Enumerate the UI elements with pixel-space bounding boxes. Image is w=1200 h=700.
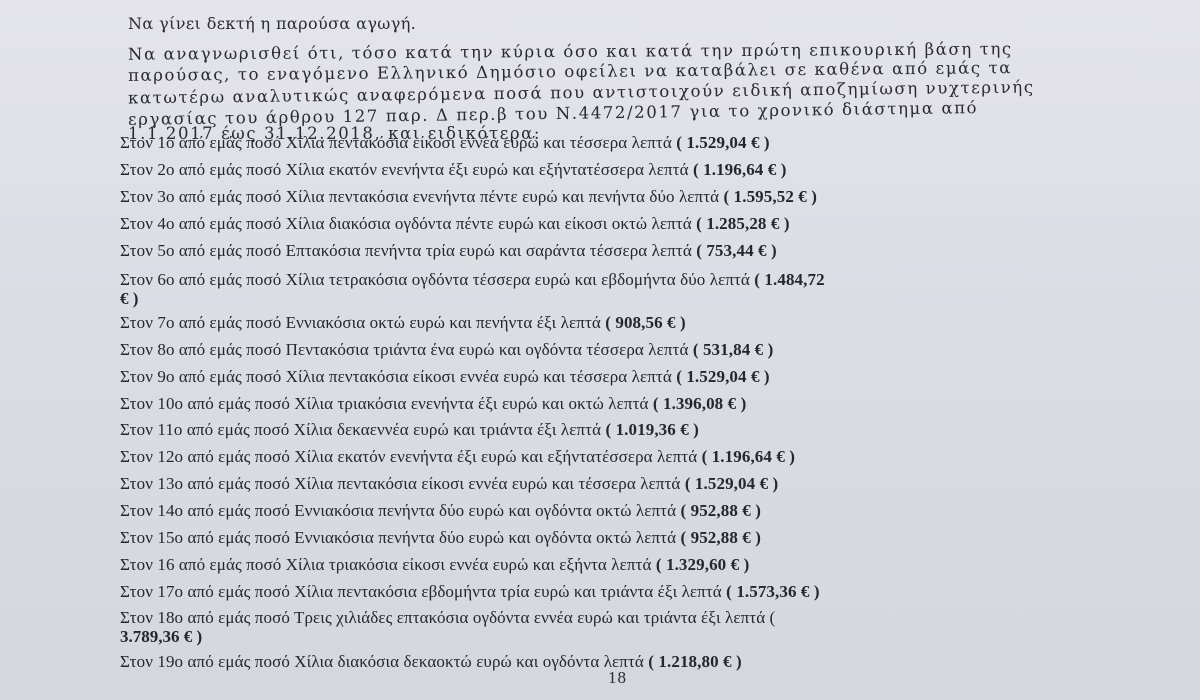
list-item: Στον 8ο από εμάς ποσό Πεντακόσια τριάντα… — [120, 340, 773, 360]
item-text: Στον 14ο από εμάς ποσό Εννιακόσια πενήντ… — [120, 501, 676, 520]
item-text: Στον 17ο από εμάς ποσό Χίλια πεντακόσια … — [120, 582, 722, 601]
item-amount: ( 1.595,52 € ) — [724, 187, 817, 206]
list-item: Στον 1ο από εμάς ποσό Χίλια πεντακόσια ε… — [120, 133, 770, 153]
item-text: Στον 7ο από εμάς ποσό Εννιακόσια οκτώ ευ… — [120, 313, 601, 332]
item-text: Στον 9ο από εμάς ποσό Χίλια πεντακόσια ε… — [120, 367, 672, 386]
list-item: Στον 7ο από εμάς ποσό Εννιακόσια οκτώ ευ… — [120, 313, 686, 333]
item-amount: ( 908,56 € ) — [605, 313, 686, 332]
opening-line: Να γίνει δεκτή η παρούσα αγωγή. — [128, 14, 416, 33]
item-amount: ( 753,44 € ) — [696, 241, 777, 260]
item-text: Στον 10ο από εμάς ποσό Χίλια τριακόσια ε… — [120, 394, 649, 413]
item-amount: ( 1.196,64 € ) — [702, 447, 795, 466]
list-item: Στον 14ο από εμάς ποσό Εννιακόσια πενήντ… — [120, 501, 761, 521]
item-text: Στον 4ο από εμάς ποσό Χίλια διακόσια ογδ… — [120, 214, 692, 233]
item-amount: ( 1.396,08 € ) — [653, 394, 746, 413]
item-amount-continued: € ) — [120, 289, 138, 309]
item-amount: ( 1.019,36 € ) — [605, 420, 698, 439]
item-text: Στον 6ο από εμάς ποσό Χίλια τετρακόσια ο… — [120, 270, 750, 289]
item-text: Στον 15ο από εμάς ποσό Εννιακόσια πενήντ… — [120, 528, 676, 547]
list-item: Στον 12ο από εμάς ποσό Χίλια εκατόν ενεν… — [120, 447, 795, 467]
list-item: Στον 10ο από εμάς ποσό Χίλια τριακόσια ε… — [120, 394, 746, 414]
list-item: Στον 16 από εμάς ποσό Χίλια τριακόσια εί… — [120, 555, 749, 575]
list-item: Στον 19ο από εμάς ποσό Χίλια διακόσια δε… — [120, 652, 742, 672]
list-item: Στον 17ο από εμάς ποσό Χίλια πεντακόσια … — [120, 582, 820, 602]
page-number: 18 — [608, 668, 627, 688]
item-amount-continued: 3.789,36 € ) — [120, 627, 202, 647]
list-item: Στον 18ο από εμάς ποσό Τρεις χιλιάδες επ… — [120, 608, 775, 628]
list-item: Στον 2ο από εμάς ποσό Χίλια εκατόν ενενή… — [120, 160, 786, 180]
item-text: Στον 12ο από εμάς ποσό Χίλια εκατόν ενεν… — [120, 447, 697, 466]
item-text: Στον 2ο από εμάς ποσό Χίλια εκατόν ενενή… — [120, 160, 689, 179]
list-item: Στον 15ο από εμάς ποσό Εννιακόσια πενήντ… — [120, 528, 761, 548]
item-text: Στον 3ο από εμάς ποσό Χίλια πεντακόσια ε… — [120, 187, 719, 206]
list-item: Στον 9ο από εμάς ποσό Χίλια πεντακόσια ε… — [120, 367, 770, 387]
item-text: Στον 11ο από εμάς ποσό Χίλια δεκαεννέα ε… — [120, 420, 601, 439]
item-text: Στον 5ο από εμάς ποσό Επτακόσια πενήντα … — [120, 241, 692, 260]
list-item: Στον 4ο από εμάς ποσό Χίλια διακόσια ογδ… — [120, 214, 790, 234]
list-item: Στον 13ο από εμάς ποσό Χίλια πεντακόσια … — [120, 474, 778, 494]
item-amount: ( 1.285,28 € ) — [696, 214, 789, 233]
item-text: Στον 18ο από εμάς ποσό Τρεις χιλιάδες επ… — [120, 608, 775, 627]
item-amount: ( 1.218,80 € ) — [648, 652, 741, 671]
item-amount: ( 952,88 € ) — [680, 528, 761, 547]
list-item: Στον 11ο από εμάς ποσό Χίλια δεκαεννέα ε… — [120, 420, 699, 440]
item-text: Στον 1ο από εμάς ποσό Χίλια πεντακόσια ε… — [120, 133, 672, 152]
item-amount: ( 952,88 € ) — [680, 501, 761, 520]
item-amount: ( 1.529,04 € ) — [676, 367, 769, 386]
item-amount: ( 1.329,60 € ) — [656, 555, 749, 574]
list-item: Στον 5ο από εμάς ποσό Επτακόσια πενήντα … — [120, 241, 777, 261]
item-amount: ( 1.573,36 € ) — [726, 582, 819, 601]
list-item: Στον 3ο από εμάς ποσό Χίλια πεντακόσια ε… — [120, 187, 817, 207]
item-amount: ( 1.529,04 € ) — [685, 474, 778, 493]
item-text: Στον 13ο από εμάς ποσό Χίλια πεντακόσια … — [120, 474, 680, 493]
item-text: Στον 19ο από εμάς ποσό Χίλια διακόσια δε… — [120, 652, 644, 671]
item-amount: ( 1.196,64 € ) — [693, 160, 786, 179]
list-item: Στον 6ο από εμάς ποσό Χίλια τετρακόσια ο… — [120, 270, 825, 290]
item-amount: ( 531,84 € ) — [693, 340, 774, 359]
item-amount: ( 1.529,04 € ) — [676, 133, 769, 152]
item-text: Στον 8ο από εμάς ποσό Πεντακόσια τριάντα… — [120, 340, 688, 359]
item-amount: ( 1.484,72 — [754, 270, 824, 289]
item-text: Στον 16 από εμάς ποσό Χίλια τριακόσια εί… — [120, 555, 652, 574]
document-page: Να γίνει δεκτή η παρούσα αγωγή. Να αναγν… — [0, 0, 1200, 700]
